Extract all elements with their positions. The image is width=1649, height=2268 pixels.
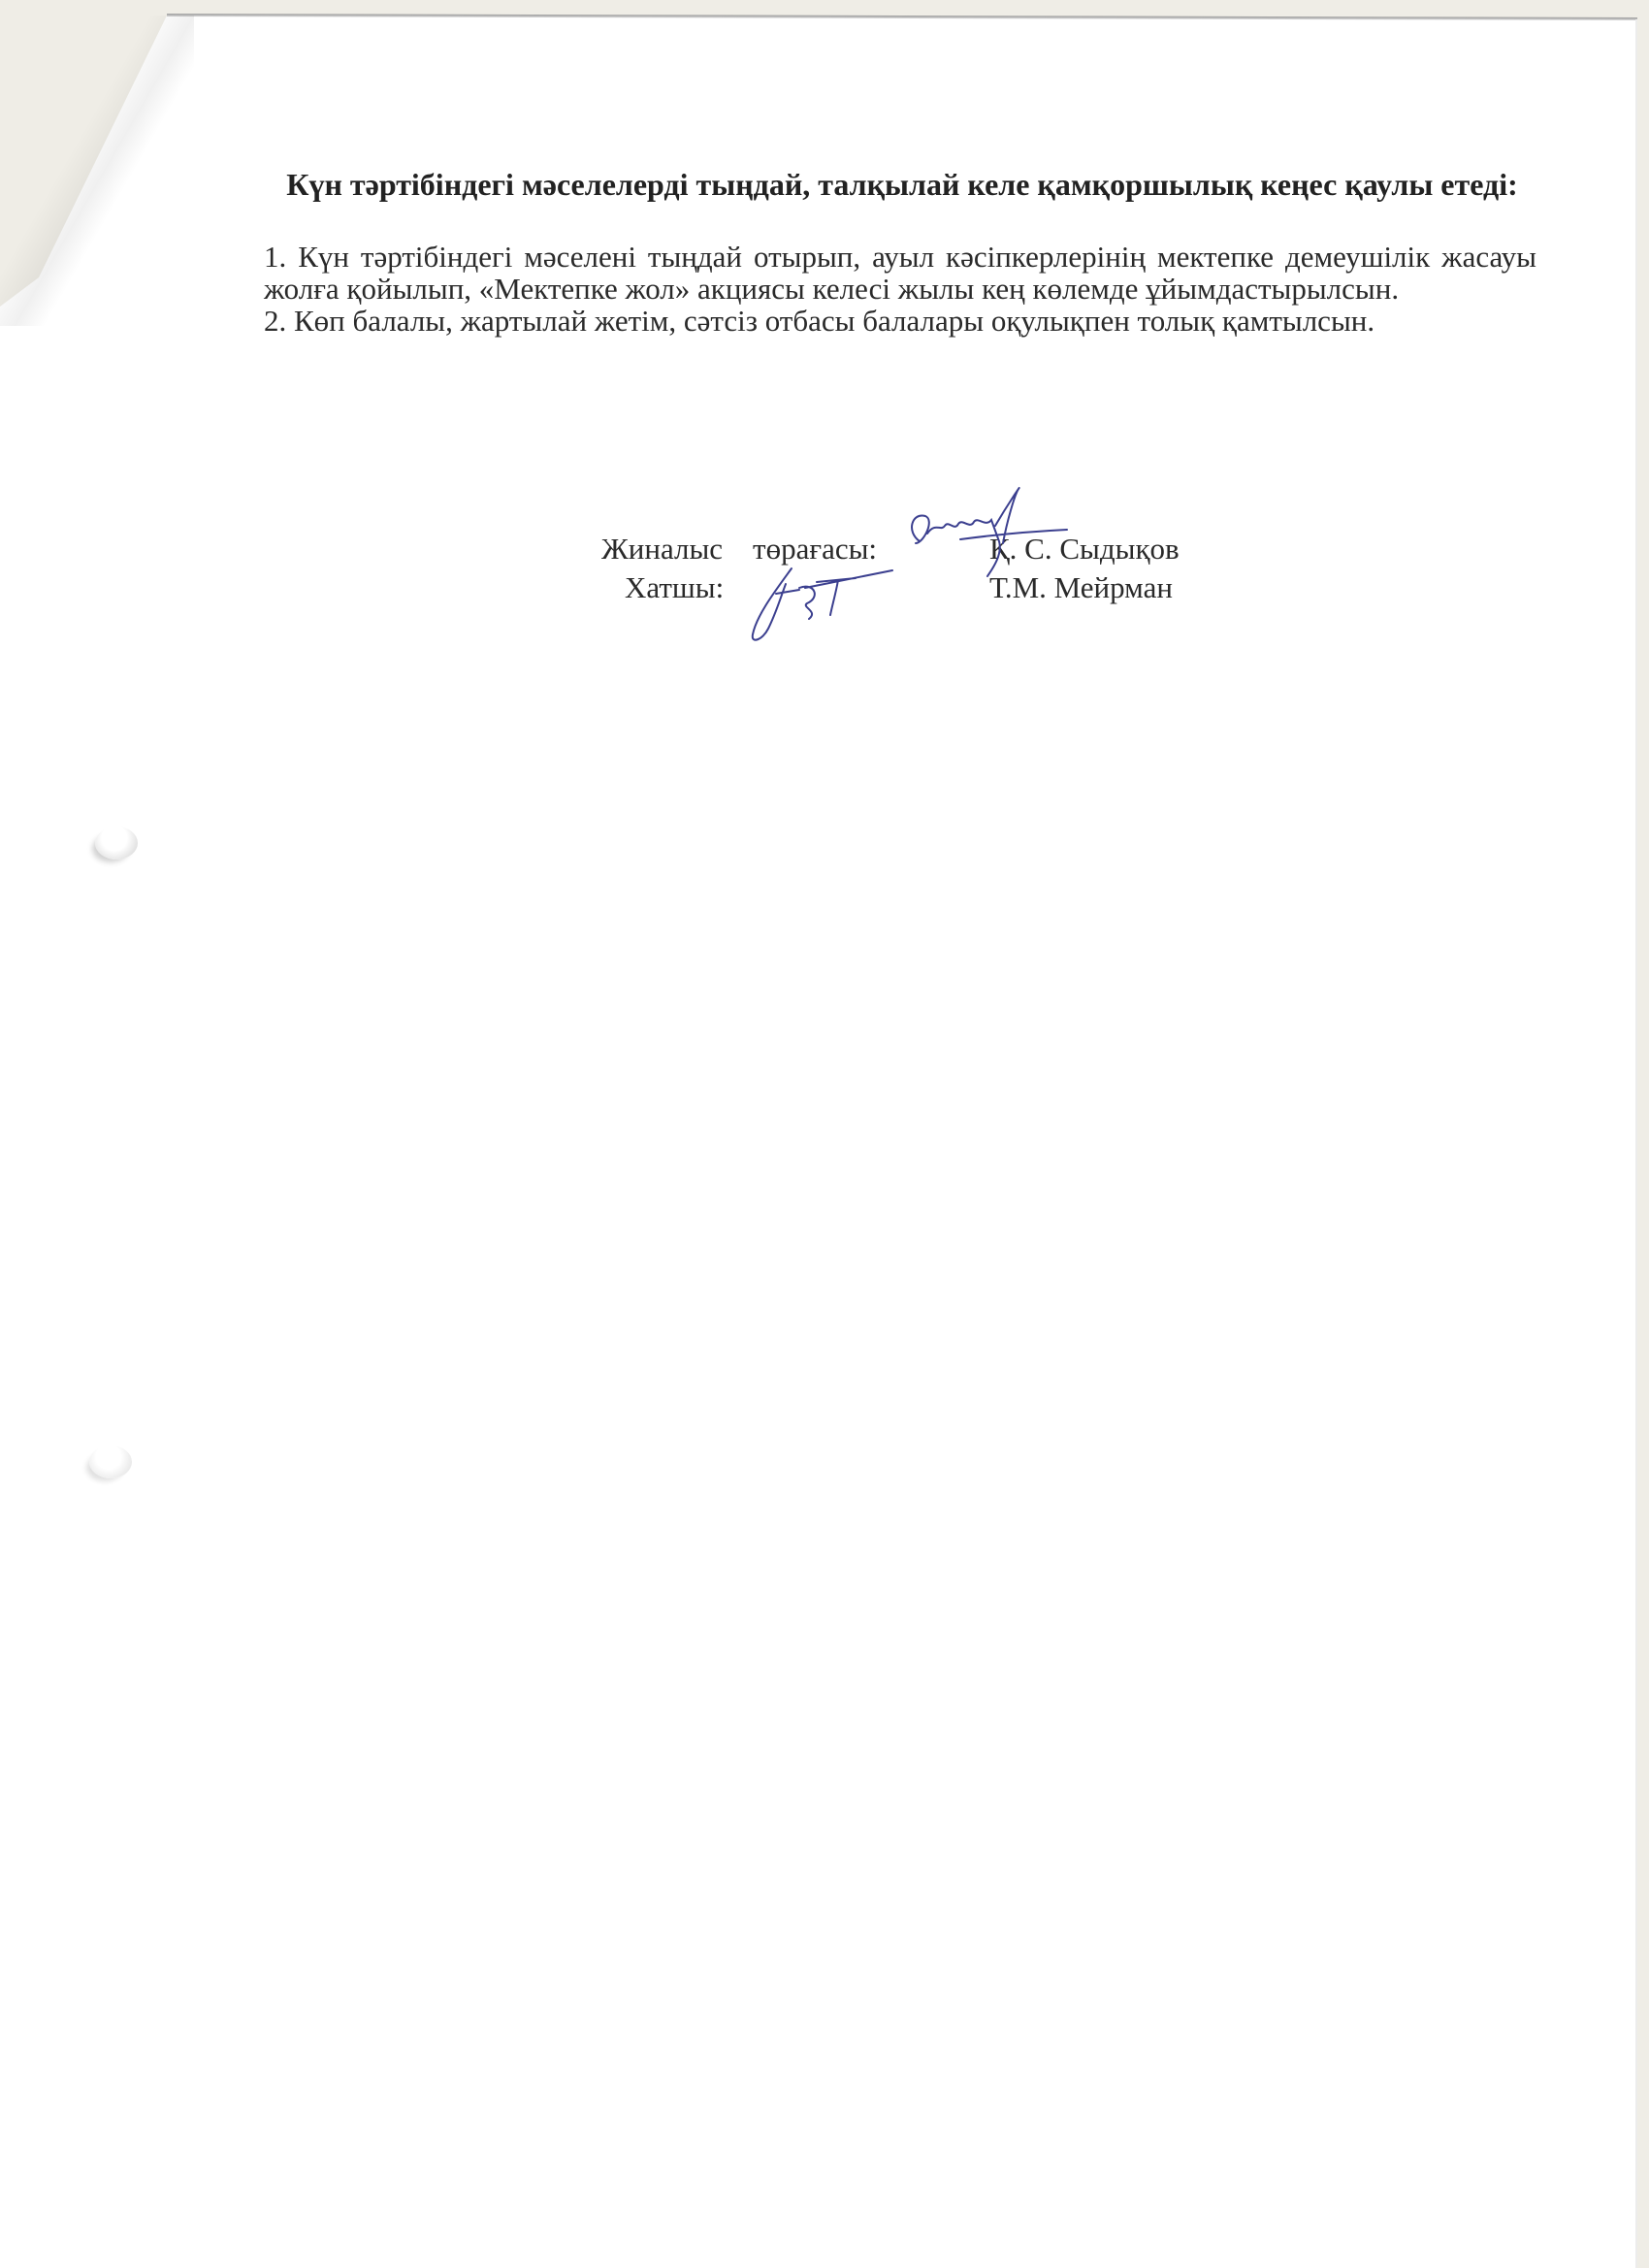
page-right-edge [1635,19,1637,2268]
resolution-body: 1. Күн тәртібіндегі мәселені тыңдай отыр… [264,241,1536,337]
hole-punch-mark [95,826,138,859]
secretary-handwritten-signature [747,561,902,648]
signature-role: Хатшы: [625,570,724,605]
resolution-item-1: 1. Күн тәртібіндегі мәселені тыңдай отыр… [264,241,1536,305]
scanned-page [0,16,1637,2268]
hole-punch-mark [89,1445,132,1478]
signature-block: Жиналыс төрағасы: Қ. С. Сыдықов Хатшы: Т… [601,532,1280,648]
resolution-item-2: 2. Көп балалы, жартылай жетім, сәтсіз от… [264,305,1536,337]
resolution-heading: Күн тәртібіндегі мәселелерді тыңдай, тал… [262,167,1542,202]
chair-handwritten-signature [902,483,1096,590]
